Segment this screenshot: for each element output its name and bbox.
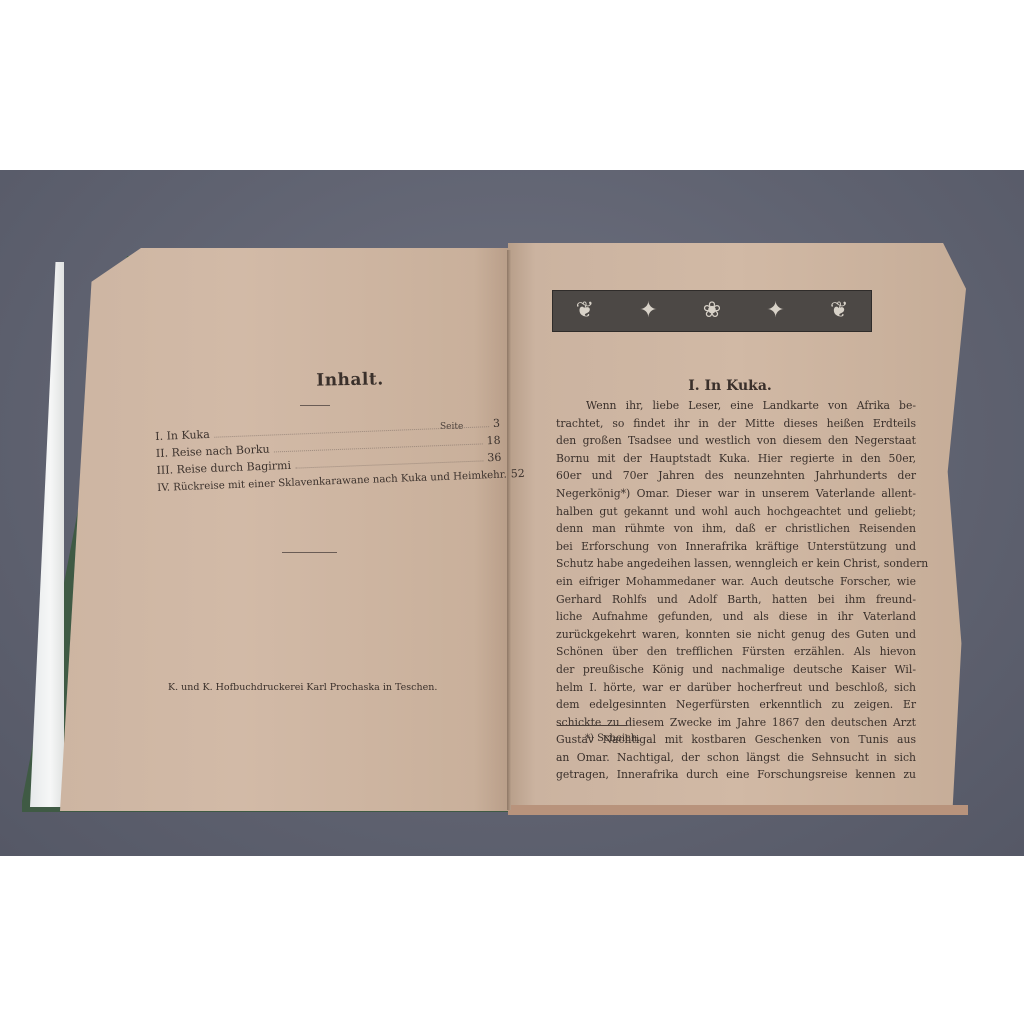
toc-title: Inhalt. [290, 369, 410, 391]
text-line: helm I. hörte, war er darüber hocherfreu… [556, 679, 916, 697]
title-divider [300, 405, 330, 406]
text-line: Gerhard Rohlfs und Adolf Barth, hatten b… [556, 591, 916, 609]
chapter-title: I. In Kuka. [660, 378, 800, 394]
toc-label: I. In Kuka [155, 428, 210, 443]
star-ornament-icon: ✦ [629, 296, 667, 326]
text-line: bei Erforschung von Innerafrika kräftige… [556, 538, 916, 556]
star-ornament-icon: ✦ [757, 296, 795, 326]
footnote: *) Scheich. [585, 733, 640, 744]
scroll-ornament-icon: ❦ [820, 296, 858, 326]
text-line: liche Aufnahme gefunden, und als diese i… [556, 608, 916, 626]
toc-page-number: 18 [486, 434, 500, 448]
text-line: dem edelgesinnten Negerfürsten erkenntli… [556, 696, 916, 714]
toc-list: I. In Kuka 3 II. Reise nach Borku 18 III… [155, 417, 502, 498]
text-line: halben gut gekannt und wohl auch hochgea… [556, 503, 916, 521]
text-line: 60er und 70er Jahren des neunzehnten Jah… [556, 467, 916, 485]
footnote-divider [557, 725, 627, 726]
flower-ornament-icon: ❀ [693, 296, 731, 326]
page-block-edge [508, 805, 968, 815]
scroll-ornament-icon: ❦ [566, 296, 604, 326]
book-gutter [507, 250, 511, 810]
decorative-headpiece: ❦ ✦ ❀ ✦ ❦ [552, 290, 872, 332]
text-line: getragen, Innerafrika durch eine Forschu… [556, 766, 916, 784]
text-line: schickte zu diesem Zwecke im Jahre 1867 … [556, 714, 916, 732]
text-line: den großen Tsadsee und westlich von dies… [556, 432, 916, 450]
text-line: Schutz habe angedeihen lassen, wenngleic… [556, 555, 916, 573]
text-line: ein eifriger Mohammedaner war. Auch deut… [556, 573, 916, 591]
text-line: zurückgekehrt waren, konnten sie nicht g… [556, 626, 916, 644]
printer-imprint: K. und K. Hofbuchdruckerei Karl Prochask… [168, 682, 458, 693]
text-line: Schönen über den trefflichen Fürsten erz… [556, 643, 916, 661]
text-line: Wenn ihr, liebe Leser, eine Landkarte vo… [556, 397, 916, 415]
text-line: der preußische König und nachmalige deut… [556, 661, 916, 679]
toc-leader-dots [295, 460, 483, 468]
toc-leader-dots [274, 443, 483, 452]
left-page [60, 248, 510, 811]
toc-page-number: 36 [487, 451, 501, 465]
chapter-body-text: Wenn ihr, liebe Leser, eine Landkarte vo… [556, 397, 916, 784]
toc-page-number: 3 [493, 417, 500, 430]
text-line: Negerkönig*) Omar. Dieser war in unserem… [556, 485, 916, 503]
toc-page-number: 52 [510, 467, 524, 481]
text-line: trachtet, so findet ihr in der Mitte die… [556, 415, 916, 433]
text-line: an Omar. Nachtigal, der schon längst die… [556, 749, 916, 767]
text-line: denn man rühmte von ihm, daß er christli… [556, 520, 916, 538]
toc-end-divider [282, 552, 337, 553]
text-line: Bornu mit der Hauptstadt Kuka. Hier regi… [556, 450, 916, 468]
